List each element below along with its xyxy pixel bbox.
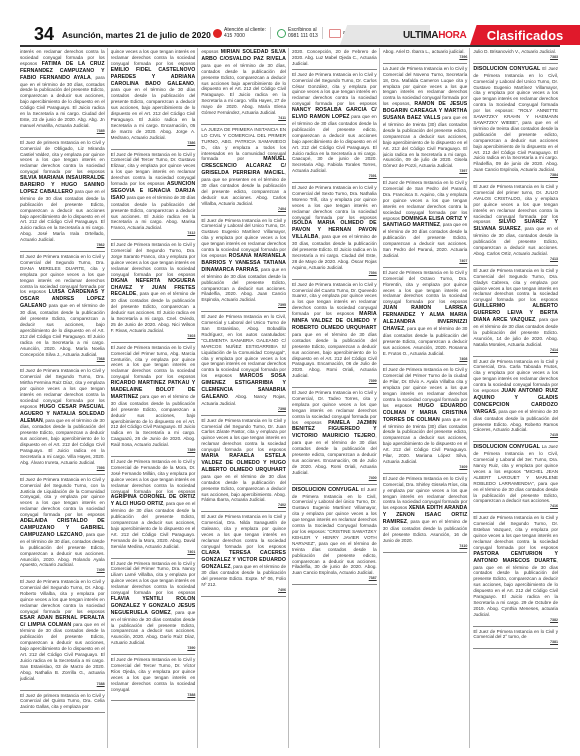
edict-text: El Juez de Primera Instancia en lo Civil… [473,629,558,640]
ad-code: 7383 [473,55,558,61]
edict-notice: El Juez de Primera Instancia en lo Civil… [201,313,286,416]
ad-code: 7388 [20,682,105,688]
edict-notice: El Juez de Primera Instancia en lo Civil… [473,358,558,443]
ad-code: 7410 [383,544,468,550]
party-names: EMILIO FIDEL CASTELNOVO PAREDES Y ADRIAN… [111,67,196,87]
edict-heading: DISOLUCION CONYUGAL [473,66,540,72]
edict-notice: La Juez de Primera Instancia en lo Civil… [383,65,468,178]
ad-code: 7404 [201,207,286,213]
edict-text: El Juez de Primera Instancia en lo Civil… [292,185,377,220]
edict-text: para que en el término de 30 días contad… [201,474,286,503]
edict-text: El Juez de Primera Instancia en lo Civil… [383,180,468,220]
edict-notice: El Juez de Primera Instancia en lo Civil… [111,344,196,457]
edict-text: La Juez de Primera Instancia en lo Civil… [473,444,558,503]
edict-text: para que en el término de 30 días, conta… [201,63,286,115]
ad-code: 7386 [111,141,196,147]
edict-heading: DISOLUCION CONYUGAL [292,487,359,493]
edict-text: El Juez de Primera Instancia en lo Civil… [383,270,468,305]
ad-code: 7414 [473,348,558,354]
ad-code: 7387 [292,576,377,582]
edict-notice: Julio D. Brisanovich V., Actuario Judici… [473,48,558,64]
edict-text: El Juez de Primera Instancia en lo Civil… [20,368,105,408]
ad-code: 7412 [111,231,196,237]
ad-code: 7368 [20,357,105,363]
edict-notice: El Juez de Primera Instancia en lo Civil… [111,151,196,241]
contact-phone[interactable]: Atención al cliente:415 7000 [213,27,271,39]
edict-text: para que en el término de 30 días contad… [292,332,377,378]
ad-code: 7406 [201,588,286,594]
edict-text: , para que en el término de 30 días, con… [20,75,105,128]
ad-code: 7405 [20,568,105,574]
edict-notice: El Juez de Primera Instancia en lo Civil… [292,184,377,280]
edict-text: El Juez de Primera Instancia en lo Civil… [201,418,286,453]
ad-code: 7389 [111,448,196,454]
ad-code: 7382 [473,618,558,624]
edict-notice: El Juez de Primera Instancia en lo Civil… [473,514,558,626]
ad-code: 7388 [111,693,196,699]
contact-whatsapp[interactable]: Escríbinos al0981 111 013 [277,27,323,39]
ad-code: 7381 [473,640,558,646]
edict-notice: El Juez de Primera Instancia en lo Civil… [201,217,286,313]
ad-code: 7409 [383,465,468,471]
ad-code: 7393 [20,466,105,472]
edict-notice: El Juez de Primera Instancia en lo Civil… [473,267,558,357]
edict-text: para que en el término de 30 días contad… [20,622,105,681]
contact-value: 415 7000 [224,33,245,39]
edict-text: El Juez de Primera Instancia en lo Civil… [111,459,196,494]
edict-text: 2020. Concepción, 20 de Febrero de 2020.… [292,49,377,66]
column-2: quince veces a los que tengan interés en… [111,48,199,748]
edict-text: para que en el término de 30 días, conta… [20,303,105,356]
ad-code: 7397 [383,169,468,175]
page-number: 34 [34,24,54,45]
column-3: esposos MIRIAN SOLEDAD SILVA ARBO C/OSVA… [201,48,289,748]
edict-notice: El Juez de Primera Instancia en lo Civil… [111,241,196,343]
edict-text: , para que en el término de 30 días cont… [473,558,558,617]
edict-notice: El Juez de Primera Instancia en lo Civil… [473,628,558,650]
edict-notice: El Juez de Primera Instancia en lo Civil… [111,560,196,656]
ad-code: 7416 [473,504,558,510]
ad-code: 7407 [383,259,468,265]
edict-text: El Juez de Primera Instancia en lo Civil… [111,657,196,692]
party-names: PASTORA CENTURION Y ANTONIO MARECOS DUAR… [473,551,558,564]
edict-text: El Juez de Primera Instancia en lo Civil… [20,579,105,614]
column-5: Abog. Ariel D. Ibarra L., actuario judic… [383,48,471,748]
edict-text: El Juez de Primera Instancia en lo Civil… [473,515,558,550]
edict-text: El Juez de Primera Instancia en lo Civil… [20,254,105,294]
edict-text: El Juez de Primera Instancia en lo Civil… [473,184,558,224]
edict-text: para que en el término de 30 días contad… [20,189,105,242]
edict-text: El Juez de Primera Instancia en lo Civil… [111,561,196,596]
ad-code: 7391 [292,174,377,180]
edict-text: El Juez de Primera Instancia en lo Civil… [201,514,286,549]
column-6: Julio D. Brisanovich V., Actuario Judici… [473,48,560,748]
edict-notice: El Juez de Primera Instancia en lo Civil… [292,71,377,183]
edict-text: quince veces a los que tengan interés en… [111,49,196,66]
edict-notice: El Juez de Primera Instancia en lo Civil… [20,253,105,366]
edict-notice: El Juez de Primera Instancia en lo Civil… [111,458,196,559]
edict-notice: El Juez de Primera Instancia en lo Civil… [292,389,377,485]
edict-text: para que en el término de treinta (30) d… [383,115,468,168]
brand-hora: HORA [438,30,466,41]
ad-code: 7411 [201,116,286,122]
edict-text: para que en el término de treinta (30) d… [383,417,468,464]
ad-code: 7394 [292,271,377,277]
edict-notice: LA JUEZA DE PRIMERA INSTANCIA EN LO CIVI… [201,126,286,216]
ad-code: 7408 [383,357,468,363]
edict-text: , para que en el término de 30 días, con… [20,418,105,465]
edict-notice: El Juez de Primera Instancia en lo Civil… [201,417,286,513]
edict-notice: Abog. Ariel D. Ibarra L., actuario judic… [383,48,468,64]
edict-text: esposos [201,49,218,54]
ad-code: 7399 [292,379,377,385]
edict-text: , para que en el término de 30 días cont… [292,433,377,474]
ad-code: 7862 [20,243,105,249]
edict-notice: DISOLUCION CONYUGAL La Juez de Primera I… [473,443,558,513]
edict-text: para que en el término de 30 días contad… [292,114,377,173]
ad-code: 7401 [111,550,196,556]
party-names: MARIA RAFAELA ESTELA VALDEZ DE OLMEDO Y … [201,453,286,473]
phone-icon [213,29,222,38]
edict-text: , para que en el término de 30 días cont… [111,291,196,332]
edict-notice: DISOLUCION CONYUGAL El Juez de Primera I… [473,65,558,182]
edict-notice: El Juez de Primera Instancia en lo Civil… [20,367,105,474]
edict-notice: DISOLUCION CONYUGAL El Juez de Primera I… [292,486,377,586]
edict-notice: El Juez de Primera Instancia en lo Civil… [383,475,468,553]
ad-code: 7390 [111,646,196,652]
edict-text: El Juez de Primera Instancia en lo Civil… [20,477,105,517]
edict-notice: El Juez de Primera Instancia en lo Civil… [292,281,377,388]
edict-notice: El Juez de Primera Instancia en lo Civil… [20,578,105,690]
edict-text: El Juez de Primera Instancia en lo Civil… [473,66,558,172]
edict-notice: El Juez de Primera Instancia en lo Civil… [473,183,558,266]
ad-code: 7384 [473,173,558,179]
section-title: Clasificados [470,25,580,45]
ad-code: 7398 [201,407,286,413]
whatsapp-icon [277,29,286,38]
edict-text: Julio D. Brisanovich V., Actuario Judici… [473,49,556,54]
edict-text: El Juez de Primera Instancia en lo Civil… [292,487,377,576]
edict-notice: El Juez de Primera Instancia en lo Civil… [383,269,468,366]
edict-notice: 2020. Concepción, 20 de Febrero de 2020.… [292,48,377,70]
edict-text: para que en el término de 30 días contad… [111,394,196,447]
edict-notice: esposos MIRIAN SOLEDAD SILVA ARBO C/OSVA… [201,48,286,125]
brand-logo: ULTIMAHORA [403,30,466,41]
edict-notice: interés en reclamar derechos contra la s… [20,48,105,138]
edict-text: El Juez de Primera Instancia en lo Civil… [111,345,196,380]
ad-code: 7395 [201,303,286,309]
page-date: Asunción, martes 21 de julio de 2020 [62,30,211,40]
column-4: 2020. Concepción, 20 de Febrero de 2020.… [292,48,380,748]
ad-code: 7402 [201,503,286,509]
contact-value: 0981 111 013 [288,33,318,39]
edict-text: El Juez de Primera Instancia en lo Civil… [201,218,286,258]
ad-code: 7415 [473,433,558,439]
edict-notice: El Juez de Primera Instancia en lo Civil… [20,476,105,578]
column-1: interés en reclamar derechos contra la s… [20,48,108,748]
edict-heading: DISOLUCION CONYUGAL [473,444,540,450]
mail-icon [329,29,341,38]
edict-text: El Juez de primera Instancia en lo Civil… [20,140,105,175]
classifieds-columns: interés en reclamar derechos contra la s… [20,48,560,748]
edict-text: El Juez de Primera Instancia en lo Civil… [292,72,377,107]
edict-notice: El Juez de primera Instancia en lo Civil… [20,692,105,714]
edict-notice: El Juez de Primera Instancia en lo Civil… [111,656,196,701]
ad-code: 7413 [473,257,558,263]
edict-text: El Juez de Primera Instancia en lo Civil… [201,314,286,378]
edict-notice: El Juez de Primera Instancia en lo Civil… [383,179,468,268]
edict-text: La Juez de Primera Instancia en lo Civil… [383,66,468,106]
brand-ultima: ULTIMA [403,30,438,41]
edict-text: El Juez de primera Instancia en lo Civil… [20,693,105,710]
edict-notice: El Juez de primera Instancia en lo Civil… [20,139,105,252]
ad-code: 7396 [383,55,468,61]
edict-notice: El Juez de Primera Instancia en lo Civil… [201,513,286,597]
edict-text: El Juez de Primera Instancia en lo Civil… [111,242,196,277]
edict-text: Abog. Ariel D. Ibarra L., actuario judic… [383,49,465,54]
edict-notice: quince veces a los que tengan interés en… [111,48,196,150]
ad-code: 7400 [292,476,377,482]
edict-text: El Juez de Primera Instancia en lo Civil… [473,268,558,303]
edict-text: , para que en el término de 30 días cont… [111,81,196,140]
edict-notice: El Juez de Primera Instancia en lo Civil… [383,366,468,473]
ad-code: 7403 [111,334,196,340]
header-divider [20,45,560,47]
edict-text: El Juez de Primera Instancia en lo Civil… [383,367,468,407]
ad-code: 7385 [20,129,105,135]
page-header: 34 Asunción, martes 21 de julio de 2020 … [0,0,580,44]
edict-text: , para que en el término de 30 días cont… [111,501,196,548]
